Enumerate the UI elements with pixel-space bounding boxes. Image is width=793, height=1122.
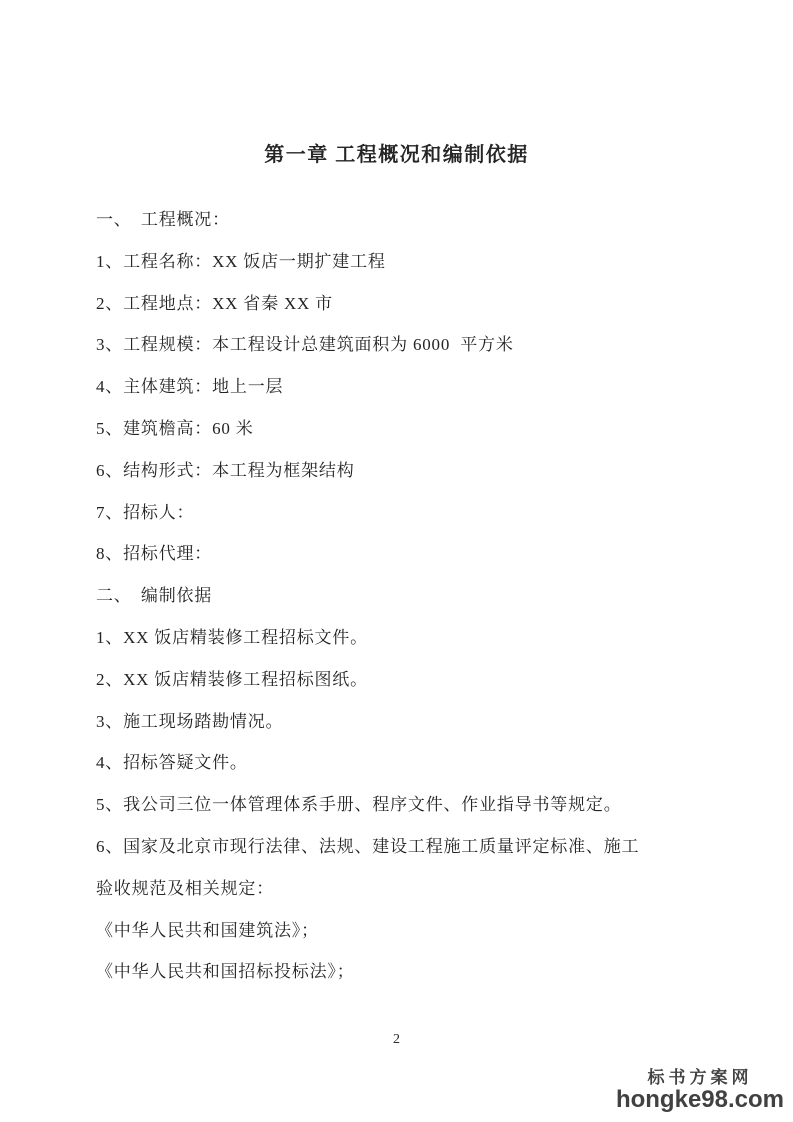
body-text: 一、 工程概况：1、工程名称：XX 饭店一期扩建工程2、工程地点：XX 省秦 X…	[96, 199, 723, 993]
text-line: 一、 工程概况：	[96, 199, 723, 241]
document-page: 第一章 工程概况和编制依据 一、 工程概况：1、工程名称：XX 饭店一期扩建工程…	[0, 0, 793, 1122]
text-line: 4、招标答疑文件。	[96, 742, 723, 784]
text-line: 2、工程地点：XX 省秦 XX 市	[96, 283, 723, 325]
text-line: 二、 编制依据	[96, 575, 723, 617]
text-line: 7、招标人：	[96, 492, 723, 534]
text-line: 6、结构形式：本工程为框架结构	[96, 450, 723, 492]
text-line: 8、招标代理：	[96, 533, 723, 575]
document-title: 第一章 工程概况和编制依据	[0, 138, 793, 167]
text-line: 3、施工现场踏勘情况。	[96, 701, 723, 743]
text-line: 《中华人民共和国招标投标法》；	[96, 951, 723, 993]
watermark: 标书方案网 hongke98.com	[616, 1069, 784, 1112]
page-number: 2	[0, 1032, 793, 1048]
text-line: 4、主体建筑：地上一层	[96, 366, 723, 408]
text-line: 验收规范及相关规定：	[96, 868, 723, 910]
text-line: 《中华人民共和国建筑法》；	[96, 910, 723, 952]
text-line: 1、工程名称：XX 饭店一期扩建工程	[96, 241, 723, 283]
watermark-site-url: hongke98.com	[616, 1088, 784, 1112]
text-line: 1、XX 饭店精装修工程招标文件。	[96, 617, 723, 659]
text-line: 5、我公司三位一体管理体系手册、程序文件、作业指导书等规定。	[96, 784, 723, 826]
text-line: 3、工程规模：本工程设计总建筑面积为 6000 平方米	[96, 324, 723, 366]
watermark-site-name: 标书方案网	[616, 1069, 784, 1086]
text-line: 5、建筑檐高：60 米	[96, 408, 723, 450]
text-line: 2、XX 饭店精装修工程招标图纸。	[96, 659, 723, 701]
text-line: 6、国家及北京市现行法律、法规、建设工程施工质量评定标准、施工	[96, 826, 723, 868]
